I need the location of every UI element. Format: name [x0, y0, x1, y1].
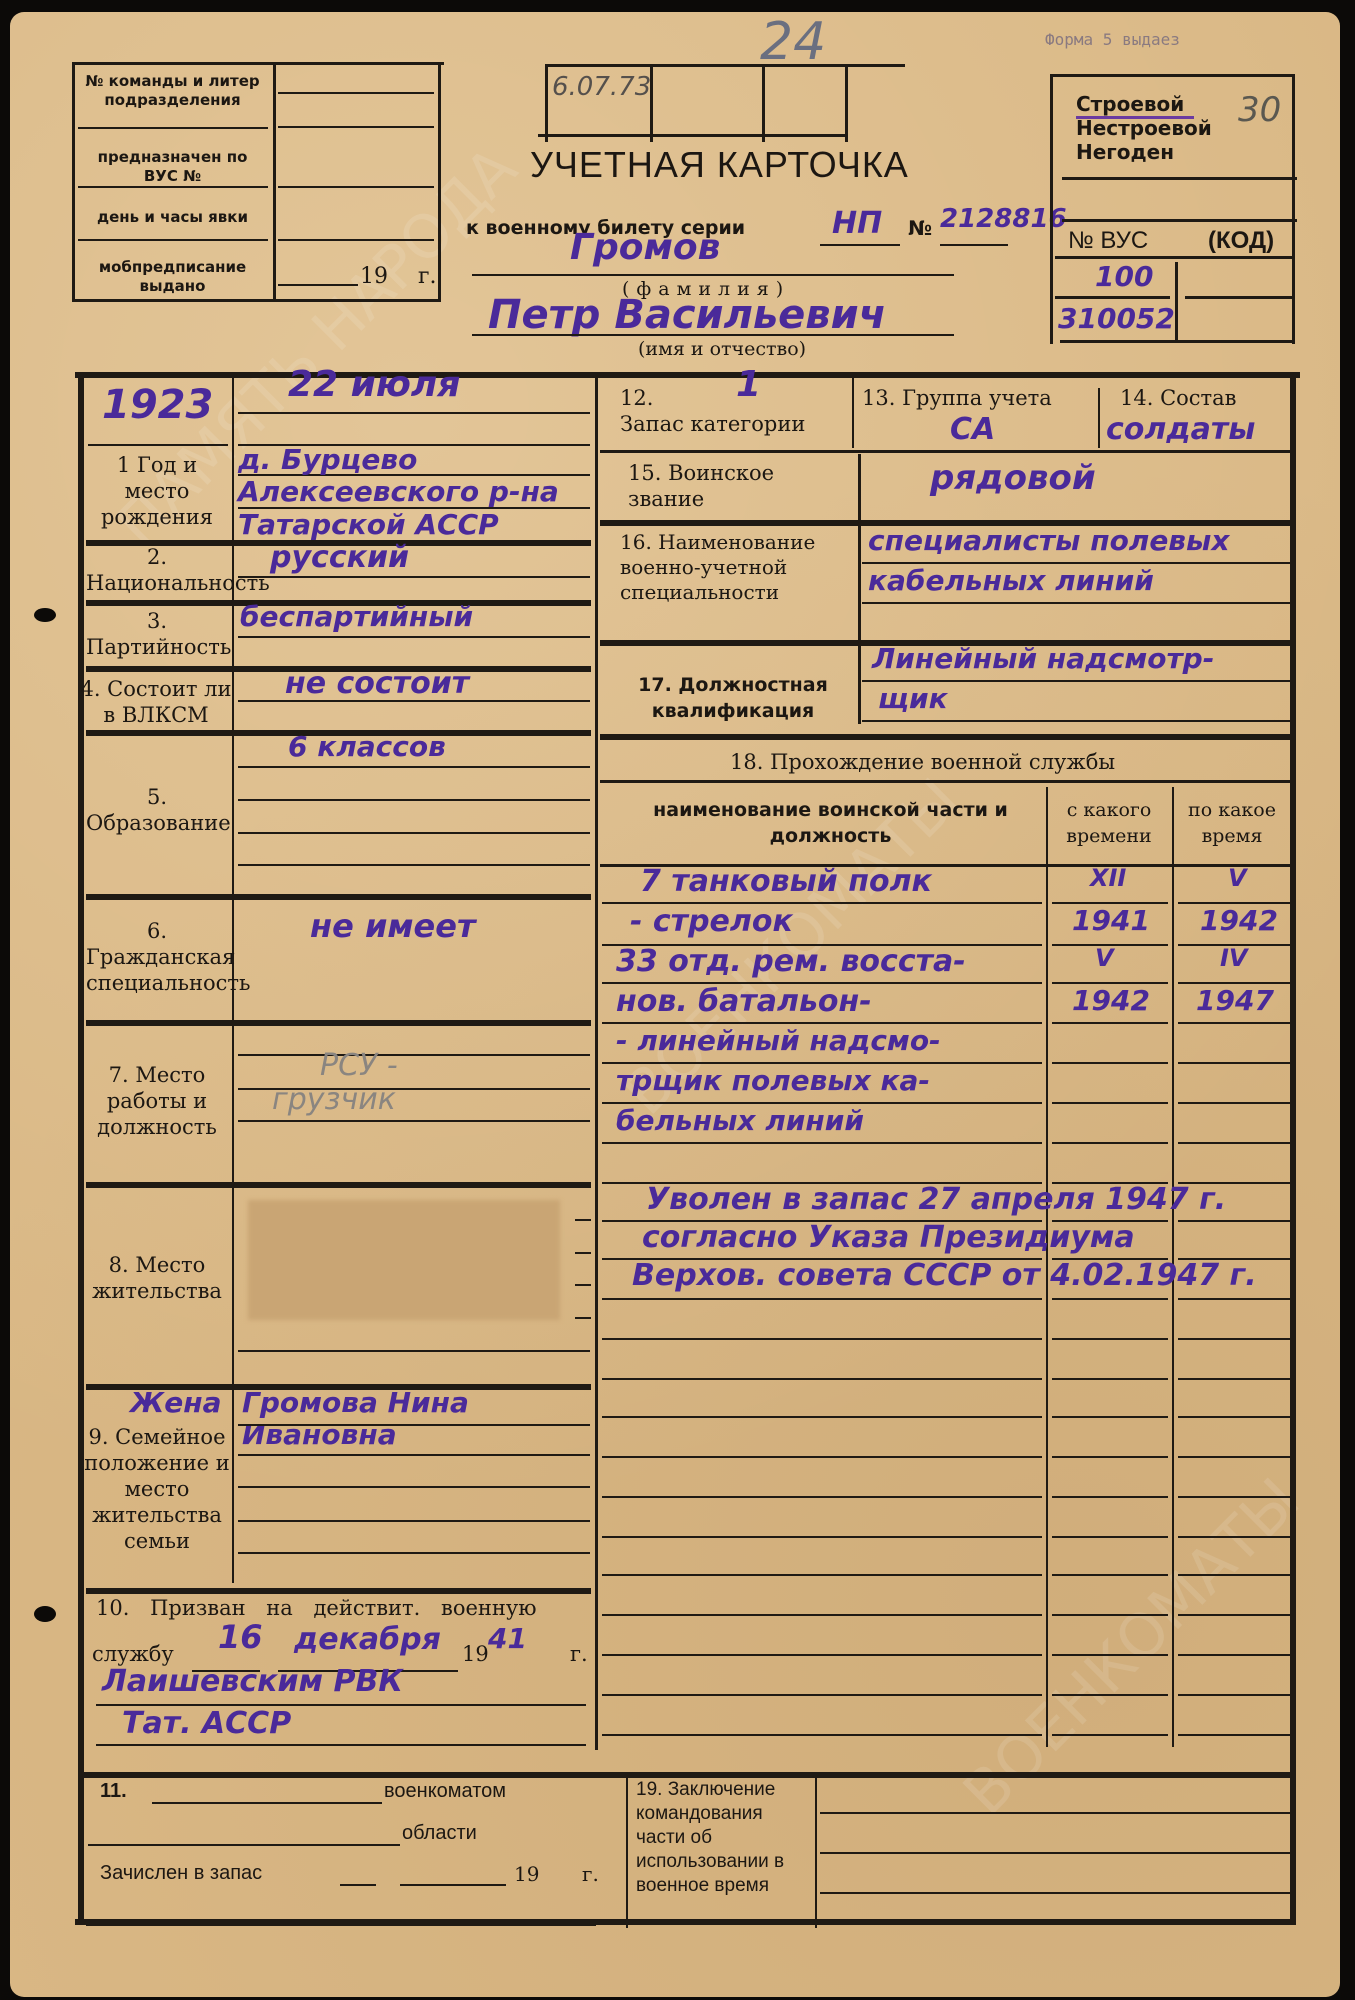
- label-vus-assigned: предназначен по ВУС №: [80, 148, 265, 186]
- discharge-line-1: Уволен в запас 27 апреля 1947 г.: [646, 1182, 1226, 1217]
- civil-specialty: не имеет: [310, 907, 475, 945]
- s11-oblast: области: [402, 1822, 477, 1845]
- service-row-to: V: [1228, 864, 1247, 892]
- label-civil-specialty: 6. Гражданская специальность: [86, 918, 228, 996]
- service-row-to: 1942: [1200, 904, 1278, 937]
- specialty-line-2: кабельных линий: [868, 564, 1154, 597]
- drafted-month: декабря: [294, 1622, 441, 1657]
- fitness-option-combat: Строевой: [1076, 92, 1184, 116]
- label-mob-order: мобпредписание выдано: [80, 258, 265, 296]
- service-row-unit: 7 танковый полк: [640, 864, 932, 899]
- mob-order-year: 19: [360, 264, 388, 289]
- birth-date: 22 июля: [288, 364, 460, 405]
- label-birth: 1 Год и место рождения: [86, 452, 228, 530]
- label-party: 3. Партийность: [86, 608, 228, 660]
- fitness-option-noncombat: Нестроевой: [1076, 116, 1212, 140]
- party: беспартийный: [240, 600, 473, 633]
- f12-num: 12.: [620, 386, 653, 410]
- drafted-by-line-1: Лаишевским РВК: [102, 1664, 403, 1699]
- s11-num: 11.: [100, 1780, 127, 1803]
- specialty-line-1: специалисты полевых: [868, 524, 1229, 557]
- label-team-number: № команды и литер подразделения: [80, 72, 265, 110]
- service-row-unit: - линейный надсмо-: [616, 1024, 941, 1057]
- service-row-unit: нов. батальон-: [616, 984, 872, 1019]
- service-title: 18. Прохождение военной службы: [730, 750, 1115, 774]
- binding-hole: [34, 608, 56, 622]
- discharge-line-2: согласно Указа Президиума: [642, 1220, 1135, 1255]
- binding-hole: [34, 1606, 56, 1622]
- account-group: СА: [950, 412, 995, 447]
- service-row-from: 1941: [1072, 904, 1150, 937]
- drafted-g: г.: [570, 1642, 588, 1666]
- vus-value-1: 100: [1095, 260, 1153, 293]
- mob-order-g: г.: [418, 264, 437, 289]
- residence-redacted: [248, 1200, 560, 1320]
- reserve-category: 1: [736, 364, 761, 405]
- service-row-from: V: [1095, 944, 1114, 972]
- archive-number: 24: [760, 12, 826, 72]
- drafted-label: 10. Призван на действит. военную: [96, 1596, 537, 1620]
- drafted-prefix: службу: [92, 1642, 174, 1666]
- f12-label: Запас категории: [620, 412, 805, 436]
- surname: Громов: [570, 227, 720, 268]
- rank: рядовой: [930, 458, 1096, 498]
- service-row-unit: - стрелок: [630, 904, 793, 939]
- f17-label: 17. Должностная квалификация: [622, 672, 844, 724]
- date-stamp: 6.07.73: [552, 72, 651, 102]
- label-komsomol: 4. Состоит ли в ВЛКСМ: [80, 676, 232, 728]
- s11-g: г.: [582, 1862, 599, 1886]
- education: 6 классов: [288, 730, 446, 763]
- s19-label: 19. Заключение командования части об исп…: [636, 1778, 812, 1898]
- page-title: УЧЕТНАЯ КАРТОЧКА: [530, 144, 909, 186]
- fitness-option-unfit: Негоден: [1076, 140, 1174, 164]
- f14-label: 14. Состав: [1120, 386, 1237, 410]
- komsomol: не состоит: [285, 666, 469, 701]
- discharge-line-3: Верхов. совета СССР от 4.02.1947 г.: [632, 1258, 1257, 1293]
- drafted-year-prefix: 19: [462, 1642, 489, 1666]
- workplace-line-2: грузчик: [272, 1082, 396, 1117]
- service-row-unit: 33 отд. рем. восста-: [616, 944, 966, 979]
- service-row-unit: трщик полевых ка-: [616, 1064, 930, 1097]
- number-label: №: [908, 218, 932, 238]
- given-name: Петр Васильевич: [488, 292, 886, 338]
- birthplace-line-1: д. Бурцево: [238, 444, 417, 476]
- nationality: русский: [270, 540, 409, 575]
- form-note: Форма 5 выдаез: [1045, 30, 1180, 49]
- birthplace-line-3: Татарской АССР: [238, 509, 499, 541]
- vus-label: № ВУС: [1068, 227, 1148, 255]
- label-report-time: день и часы явки: [80, 208, 265, 227]
- f16-label: 16. Наименование военно-учетной специаль…: [620, 530, 845, 605]
- s11-year: 19: [514, 1862, 539, 1886]
- family-status: Жена: [130, 1386, 222, 1419]
- col-from: с какого времени: [1050, 797, 1168, 849]
- drafted-day: 16: [218, 1618, 263, 1656]
- service-row-to: 1947: [1196, 984, 1274, 1017]
- col-unit: наименование воинской части и должность: [628, 797, 1033, 849]
- name-caption: (имя и отчество): [638, 338, 806, 360]
- f15-label: 15. Воинское звание: [628, 460, 788, 512]
- family-line-2: Ивановна: [242, 1418, 397, 1451]
- fitness-mark: 30: [1238, 90, 1281, 130]
- label-education: 5. Образование: [86, 784, 228, 836]
- qualification-line-1: Линейный надсмотр-: [872, 642, 1214, 675]
- service-row-unit: бельных линий: [616, 1104, 864, 1137]
- birthplace-line-2: Алексеевского р-на: [238, 476, 559, 508]
- composition: солдаты: [1106, 412, 1255, 447]
- label-residence: 8. Место жительства: [86, 1252, 228, 1304]
- family-line-1: Громова Нина: [242, 1386, 469, 1419]
- vus-value-2: 310052: [1058, 302, 1175, 335]
- service-row-from: XII: [1090, 864, 1126, 892]
- drafted-year-suffix: 41: [488, 1622, 527, 1655]
- service-row-to: IV: [1220, 944, 1248, 972]
- code-label: (КОД): [1208, 227, 1274, 255]
- label-workplace: 7. Место работы и должность: [86, 1062, 228, 1140]
- ticket-series: НП: [832, 206, 882, 241]
- ticket-number: 2128816: [940, 204, 1067, 234]
- label-nationality: 2. Национальность: [86, 544, 228, 596]
- drafted-by-line-2: Тат. АССР: [122, 1706, 291, 1741]
- s11-reserve-label: Зачислен в запас: [100, 1862, 262, 1885]
- f13-label: 13. Группа учета: [862, 386, 1052, 410]
- s11-voenkomat: военкоматом: [384, 1780, 506, 1803]
- label-family: 9. Семейное положение и место жительства…: [82, 1424, 232, 1554]
- qualification-line-2: щик: [878, 682, 948, 715]
- workplace-line-1: РСУ -: [320, 1048, 398, 1083]
- service-row-from: 1942: [1072, 984, 1150, 1017]
- birth-year: 1923: [102, 382, 213, 428]
- registration-card: ПАМЯТЬ НАРОДА ВОЕНКОМАТЫ ВОЕНКОМАТЫ 24 Ф…: [10, 12, 1340, 1997]
- col-to: по какое время: [1174, 797, 1290, 849]
